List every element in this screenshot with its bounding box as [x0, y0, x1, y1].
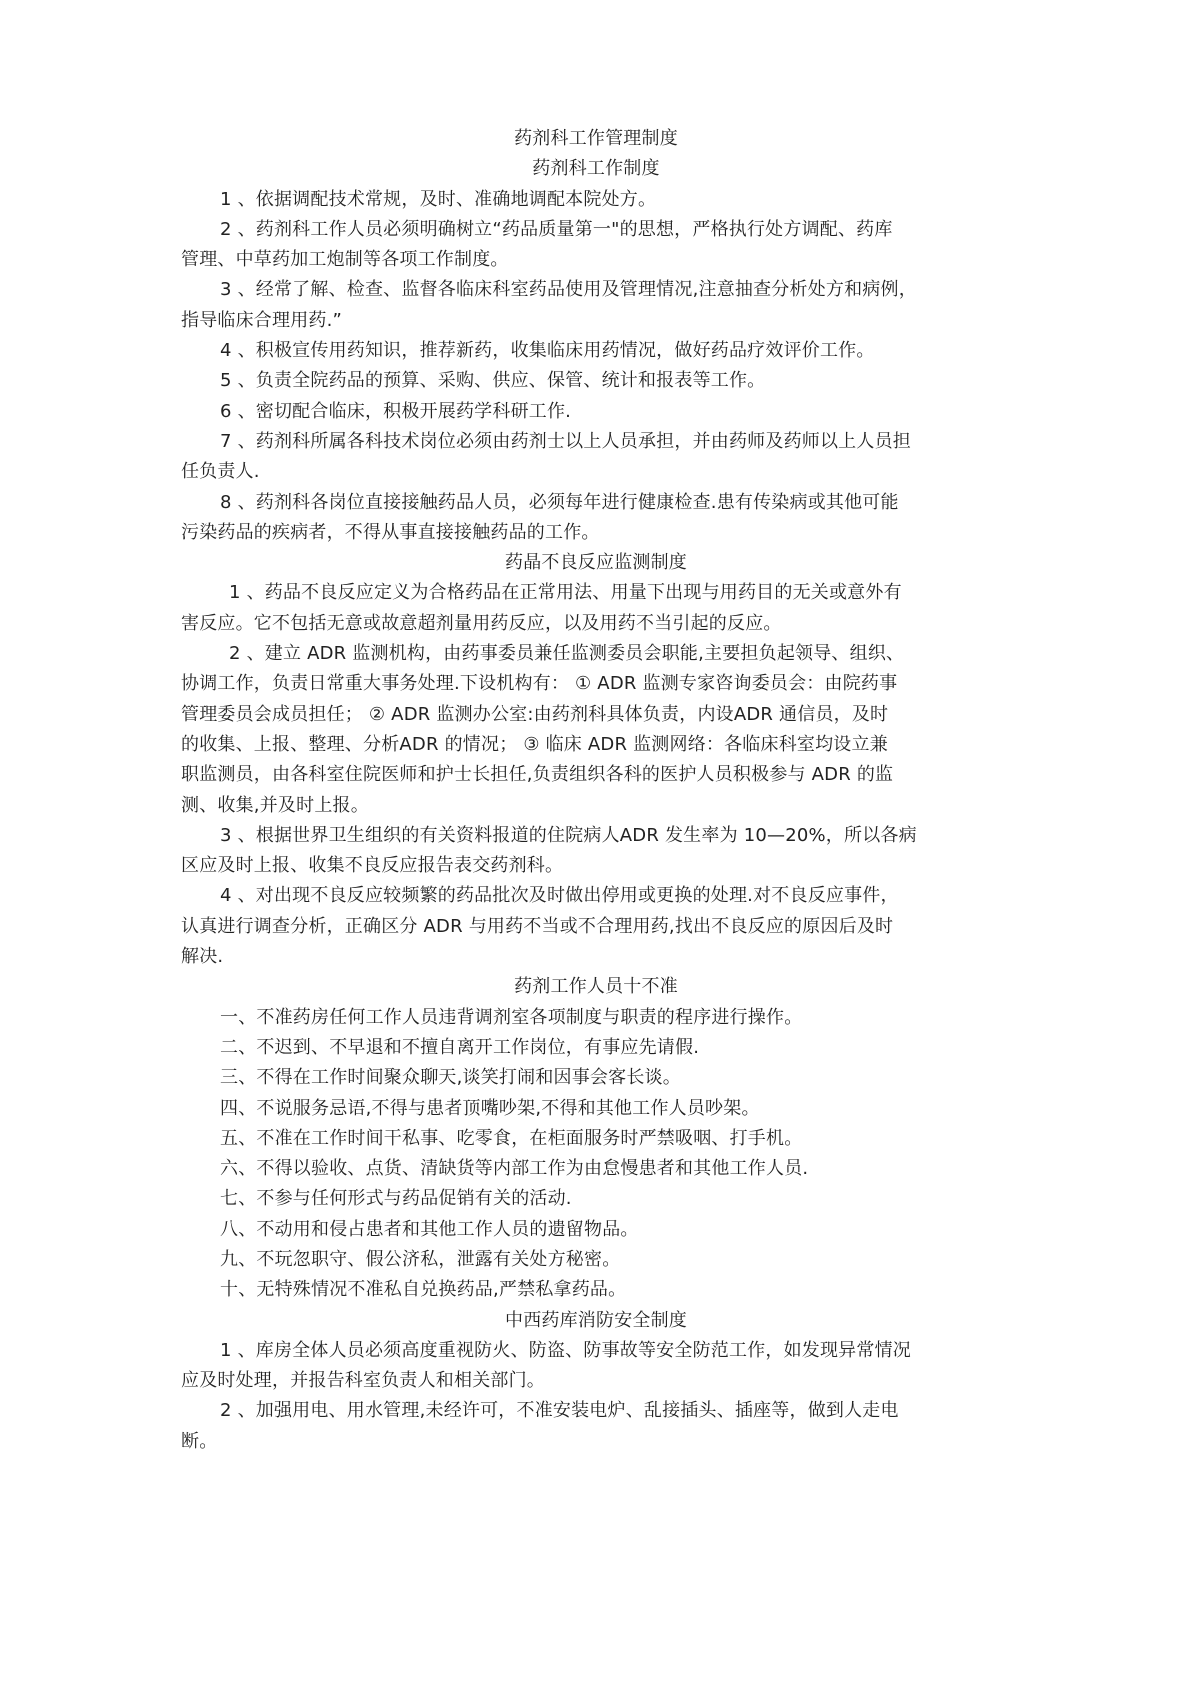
- document-title: 药剂科工作管理制度: [181, 124, 1011, 154]
- paragraph-line: 解决.: [181, 942, 1011, 972]
- paragraph-line: 区应及时上报、收集不良反应报告表交药剂科。: [181, 851, 1011, 881]
- paragraph-line: 2 、药剂科工作人员必须明确树立“药品质量第一"的思想，严格执行处方调配、药库: [181, 215, 1011, 245]
- paragraph-line: 管理委员会成员担任； ② ADR 监测办公室:由药剂科具体负责，内设ADR 通信…: [181, 700, 1011, 730]
- paragraph-line: 协调工作，负责日常重大事务处理.下设机构有： ① ADR 监测专家咨询委员会：由…: [181, 669, 1011, 699]
- list-item: 一、不准药房任何工作人员违背调剂室各项制度与职责的程序进行操作。: [181, 1003, 1011, 1033]
- list-item: 二、不迟到、不早退和不擅自离开工作岗位，有事应先请假.: [181, 1033, 1011, 1063]
- list-item: 八、不动用和侵占患者和其他工作人员的遗留物品。: [181, 1215, 1011, 1245]
- section-heading-adr-monitoring: 药晶不良反应监测制度: [181, 548, 1011, 578]
- paragraph-line: 断。: [181, 1427, 1011, 1457]
- paragraph-line: 6 、密切配合临床，积极开展药学科研工作.: [181, 397, 1011, 427]
- paragraph-line: 1 、库房全体人员必须高度重视防火、防盗、防事故等安全防范工作，如发现异常情况: [181, 1336, 1011, 1366]
- paragraph-line: 7 、药剂科所属各科技术岗位必须由药剂士以上人员承担，并由药师及药师以上人员担: [181, 427, 1011, 457]
- paragraph-line: 1 、药品不良反应定义为合格药品在正常用法、用量下出现与用药目的无关或意外有: [181, 578, 1011, 608]
- list-item: 三、不得在工作时间聚众聊天,谈笑打闹和因事会客长谈。: [181, 1063, 1011, 1093]
- paragraph-line: 的收集、上报、整理、分析ADR 的情况； ③ 临床 ADR 监测网络：各临床科室…: [181, 730, 1011, 760]
- paragraph-line: 指导临床合理用药.”: [181, 306, 1011, 336]
- paragraph-line: 2 、建立 ADR 监测机构，由药事委员兼任监测委员会职能,主要担负起领导、组织…: [181, 639, 1011, 669]
- list-item: 九、不玩忽职守、假公济私，泄露有关处方秘密。: [181, 1245, 1011, 1275]
- paragraph-line: 应及时处理，并报告科室负责人和相关部门。: [181, 1366, 1011, 1396]
- list-item: 五、不准在工作时间干私事、吃零食，在柜面服务时严禁吸咽、打手机。: [181, 1124, 1011, 1154]
- list-item: 六、不得以验收、点货、清缺货等内部工作为由怠慢患者和其他工作人员.: [181, 1154, 1011, 1184]
- list-item: 十、无特殊情况不准私自兑换药品,严禁私拿药品。: [181, 1275, 1011, 1305]
- paragraph-line: 任负责人.: [181, 457, 1011, 487]
- paragraph-line: 职监测员，由各科室住院医师和护士长担任,负责组织各科的医护人员积极参与 ADR …: [181, 760, 1011, 790]
- paragraph-line: 8 、药剂科各岗位直接接触药品人员，必须每年进行健康检查.患有传染病或其他可能: [181, 488, 1011, 518]
- paragraph-line: 4 、积极宣传用药知识，推荐新药，收集临床用药情况，做好药品疗效评价工作。: [181, 336, 1011, 366]
- paragraph-line: 害反应。它不包括无意或故意超剂量用药反应，以及用药不当引起的反应。: [181, 609, 1011, 639]
- paragraph-line: 管理、中草药加工炮制等各项工作制度。: [181, 245, 1011, 275]
- section-heading-pharmacy-work-rules: 药剂科工作制度: [181, 154, 1011, 184]
- document-page: 药剂科工作管理制度 药剂科工作制度 1 、依据调配技术常规，及时、准确地调配本院…: [181, 124, 1011, 1457]
- paragraph-line: 测、收集,并及时上报。: [181, 791, 1011, 821]
- list-item: 四、不说服务忌语,不得与患者顶嘴吵架,不得和其他工作人员吵架。: [181, 1094, 1011, 1124]
- paragraph-line: 认真进行调查分析，正确区分 ADR 与用药不当或不合理用药,找出不良反应的原因后…: [181, 912, 1011, 942]
- paragraph-line: 5 、负责全院药品的预算、采购、供应、保管、统计和报表等工作。: [181, 366, 1011, 396]
- paragraph-line: 1 、依据调配技术常规，及时、准确地调配本院处方。: [181, 185, 1011, 215]
- paragraph-line: 3 、经常了解、检查、监督各临床科室药品使用及管理情况,注意抽查分析处方和病例，: [181, 275, 1011, 305]
- paragraph-line: 污染药品的疾病者，不得从事直接接触药品的工作。: [181, 518, 1011, 548]
- list-item: 七、不参与任何形式与药品促销有关的活动.: [181, 1184, 1011, 1214]
- section-heading-fire-safety: 中西药库消防安全制度: [181, 1306, 1011, 1336]
- paragraph-line: 2 、加强用电、用水管理,未经许可，不准安装电炉、乱接插头、插座等，做到人走电: [181, 1396, 1011, 1426]
- section-heading-ten-prohibitions: 药剂工作人员十不准: [181, 972, 1011, 1002]
- paragraph-line: 3 、根据世界卫生组织的有关资料报道的住院病人ADR 发生率为 10—20%，所…: [181, 821, 1011, 851]
- paragraph-line: 4 、对出现不良反应较频繁的药品批次及时做出停用或更换的处理.对不良反应事件，: [181, 881, 1011, 911]
